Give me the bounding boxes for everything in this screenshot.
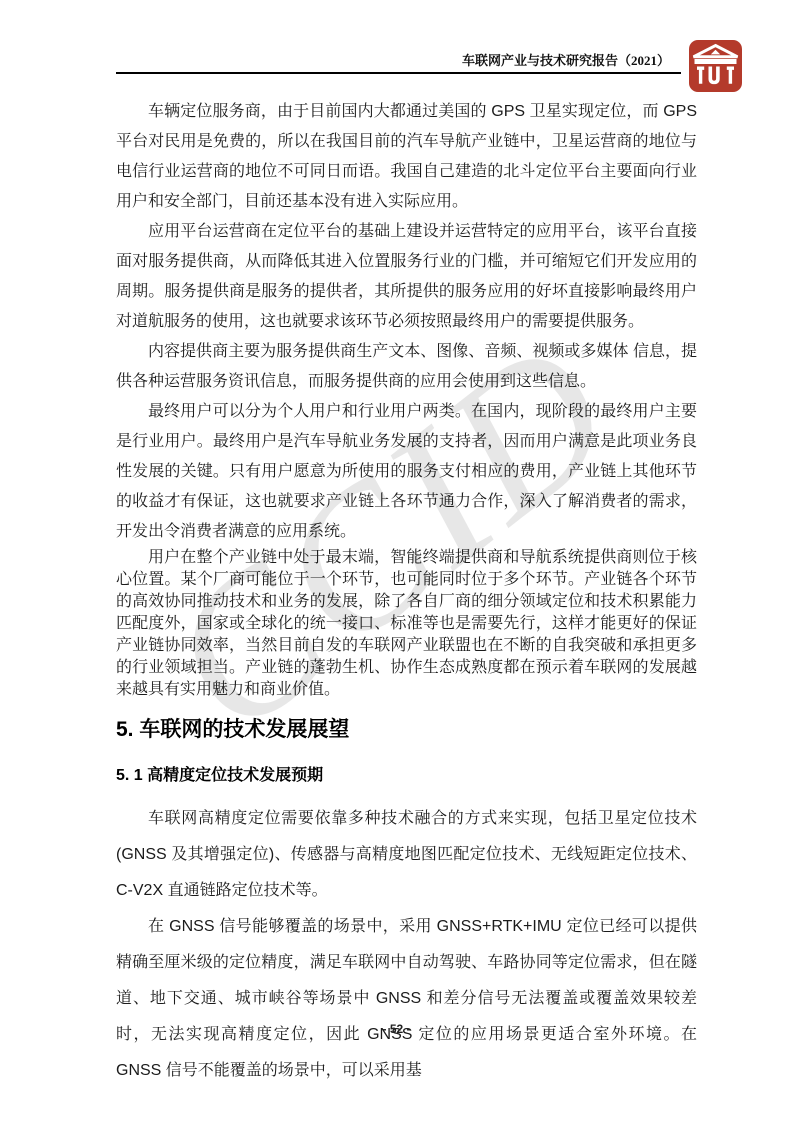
report-title: 车联网产业与技术研究报告（2021） bbox=[462, 50, 670, 69]
header-divider bbox=[116, 72, 681, 74]
classical-building-icon bbox=[689, 79, 742, 96]
publisher-logo bbox=[689, 40, 742, 92]
section-heading: 5. 车联网的技术发展展望 bbox=[116, 715, 697, 745]
body-paragraph: 车辆定位服务商，由于目前国内大都通过美国的 GPS 卫星实现定位，而 GPS 平… bbox=[116, 97, 697, 217]
body-paragraph: 应用平台运营商在定位平台的基础上建设并运营特定的应用平台，该平台直接面对服务提供… bbox=[116, 217, 697, 337]
body-paragraph: 在 GNSS 信号能够覆盖的场景中，采用 GNSS+RTK+IMU 定位已经可以… bbox=[116, 909, 697, 1089]
document-body: 车辆定位服务商，由于目前国内大都通过美国的 GPS 卫星实现定位，而 GPS 平… bbox=[116, 97, 697, 1089]
page-number: - 52 - bbox=[382, 1022, 410, 1036]
body-paragraph: 车联网高精度定位需要依靠多种技术融合的方式来实现，包括卫星定位技术 (GNSS … bbox=[116, 801, 697, 909]
body-paragraph: 最终用户可以分为个人用户和行业用户两类。在国内，现阶段的最终用户主要是行业用户。… bbox=[116, 397, 697, 547]
subsection-heading: 5. 1 高精度定位技术发展预期 bbox=[116, 765, 697, 787]
body-paragraph: 用户在整个产业链中处于最末端，智能终端提供商和导航系统提供商则位于核心位置。某个… bbox=[116, 547, 697, 701]
page-footer: - 52 - bbox=[0, 1022, 793, 1036]
body-paragraph: 内容提供商主要为服务提供商生产文本、图像、音频、视频或多媒体 信息，提供各种运营… bbox=[116, 337, 697, 397]
document-page: CCID 车联网产业与技术研究报告（2021） 车辆定位服务商，由于目前国内大都… bbox=[0, 0, 793, 1122]
